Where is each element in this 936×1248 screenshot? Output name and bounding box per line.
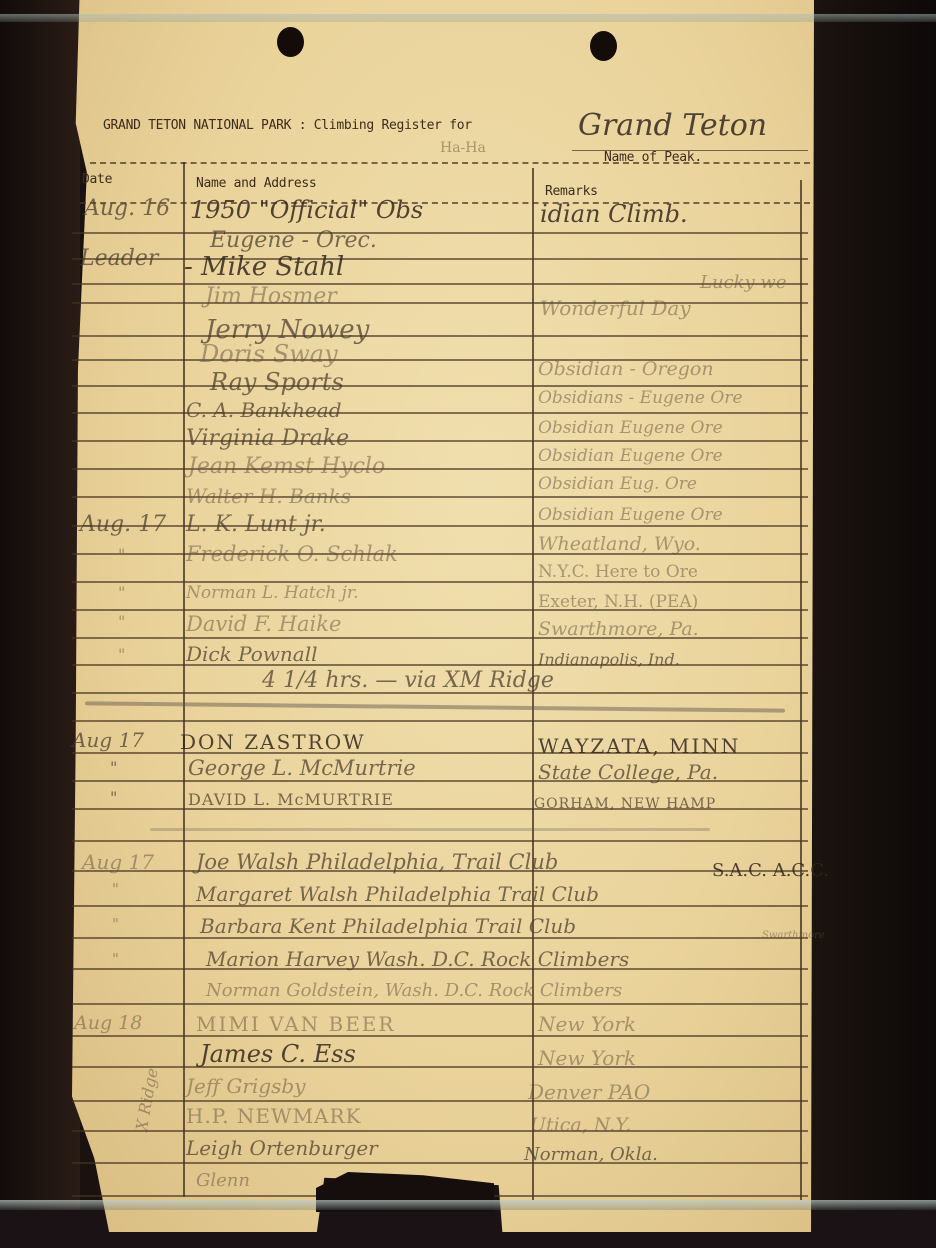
entry-remarks: Swarthmore [762, 930, 825, 941]
entry-name: Leigh Ortenburger [186, 1136, 378, 1160]
entry-name: Norman L. Hatch jr. [186, 583, 359, 603]
entry-remarks: Obsidian Eugene Ore [538, 446, 723, 466]
entry-remarks: idian Climb. [540, 200, 688, 228]
entry-remarks: Obsidians - Eugene Ore [538, 388, 743, 408]
entry-remarks: New York [538, 1012, 636, 1036]
row-rule [72, 1130, 808, 1132]
printed-title: GRAND TETON NATIONAL PARK : Climbing Reg… [103, 118, 472, 133]
entry-date: Aug 17 [82, 850, 154, 874]
entry-date: " [110, 758, 117, 777]
row-rule [72, 335, 808, 337]
entry-date: " [112, 950, 119, 968]
entry-remarks: Denver PAO [528, 1080, 650, 1104]
scribble-separator [150, 828, 710, 831]
column-divider-right [800, 180, 802, 1200]
background-left [0, 0, 80, 1248]
entry-name: Virginia Drake [186, 426, 349, 451]
entry-remarks: Wonderful Day [540, 296, 691, 320]
row-rule [72, 720, 808, 722]
entry-date: Aug 17 [72, 728, 144, 752]
entry-remarks: S.A.C. A.C.C. [712, 860, 829, 881]
row-rule [72, 258, 808, 260]
entry-name: C. A. Bankhead [186, 398, 342, 422]
entry-date: " [118, 612, 125, 631]
entry-name: Ray Sports [210, 368, 344, 396]
entry-name: Marion Harvey Wash. D.C. Rock Climbers [206, 947, 629, 971]
column-date-label: Date [82, 172, 112, 187]
row-rule [72, 302, 808, 304]
entry-name: - Mike Stahl [184, 252, 344, 282]
entry-date: Aug. 17 [80, 512, 166, 537]
row-rule [72, 412, 808, 414]
entry-name: Jeff Grigsby [186, 1074, 305, 1098]
annotation-haha: Ha-Ha [440, 140, 486, 156]
entry-name: Frederick O. Schlak [186, 542, 398, 566]
entry-name: Dick Pownall [186, 642, 318, 666]
entry-name: Joe Walsh Philadelphia, Trail Club [196, 850, 558, 874]
row-rule [72, 525, 808, 527]
entry-date: " [112, 915, 119, 933]
entry-remarks: Obsidian Eug. Ore [538, 474, 697, 494]
entry-date: " [110, 788, 117, 807]
entry-date: " [112, 880, 119, 898]
entry-name: DAVID L. McMURTRIE [188, 790, 394, 809]
entry-remarks: Obsidian Eugene Ore [538, 418, 723, 438]
entry-remarks: State College, Pa. [538, 760, 718, 784]
row-rule [72, 468, 808, 470]
glass-edge-top [0, 14, 936, 22]
punch-hole-right [590, 31, 617, 61]
row-rule [72, 1100, 808, 1102]
row-rule [72, 840, 808, 842]
entry-remarks: Obsidian Eugene Ore [538, 505, 723, 525]
entry-remarks: Exeter, N.H. (PEA) [538, 592, 698, 612]
punch-hole-left [277, 27, 304, 57]
entry-name: DON ZASTROW [180, 730, 366, 754]
entry-remarks: Utica, N.Y. [530, 1114, 631, 1136]
row-rule [72, 1162, 808, 1164]
entry-remarks: New York [538, 1046, 636, 1070]
entry-date: Aug 18 [74, 1012, 142, 1034]
row-rule [72, 1035, 808, 1037]
row-rule [72, 440, 808, 442]
entry-date: " [118, 545, 125, 564]
row-rule [72, 664, 808, 666]
entry-name: Doris Sway [200, 340, 338, 368]
peak-name: Grand Teton [578, 108, 767, 143]
column-divider-date [183, 162, 185, 1197]
entry-date: " [118, 645, 125, 664]
glass-edge-bottom [0, 1200, 936, 1210]
entry-name: H.P. NEWMARK [186, 1104, 362, 1128]
row-rule [72, 283, 808, 285]
entry-name: 4 1/4 hrs. — via XM Ridge [262, 668, 554, 693]
entry-name: Margaret Walsh Philadelphia Trail Club [196, 882, 599, 906]
entry-name: Jean Kemst Hyclo [188, 454, 385, 479]
entry-remarks: N.Y.C. Here to Ore [538, 562, 698, 582]
background-right [806, 0, 936, 1248]
column-name-label: Name and Address [196, 176, 316, 191]
entry-remarks: Norman, Okla. [524, 1144, 658, 1165]
header-rule-top [90, 162, 810, 164]
entry-name: 1950 "Official" Obs [190, 196, 423, 224]
entry-remarks: Indianapolis, Ind. [538, 650, 680, 669]
entry-name: Walter H. Banks [186, 484, 351, 508]
entry-remarks: GORHAM, NEW HAMP [534, 796, 716, 812]
entry-date: " [118, 583, 125, 602]
row-rule [72, 496, 808, 498]
entry-name: L. K. Lunt jr. [186, 512, 326, 537]
entry-remarks: Swarthmore, Pa. [538, 618, 699, 640]
entry-remarks: Obsidian - Oregon [538, 358, 714, 380]
column-remarks-label: Remarks [545, 184, 598, 199]
entry-name: Eugene - Orec. [210, 228, 377, 253]
row-rule [72, 1003, 808, 1005]
entry-date: Leader [80, 246, 158, 271]
entry-name: David F. Haike [186, 612, 341, 636]
entry-name: Barbara Kent Philadelphia Trail Club [200, 914, 576, 938]
entry-name: MIMI VAN BEER [196, 1012, 395, 1036]
entry-name: Glenn [196, 1170, 250, 1191]
entry-name: James C. Ess [200, 1040, 356, 1068]
entry-date: Aug. 16 [84, 196, 170, 221]
row-rule [72, 1066, 808, 1068]
entry-remarks: Wheatland, Wyo. [538, 533, 701, 555]
entry-name: George L. McMurtrie [188, 756, 416, 780]
entry-name: Norman Goldstein, Wash. D.C. Rock Climbe… [206, 980, 622, 1001]
row-rule [72, 232, 808, 234]
entry-remarks: WAYZATA, MINN [538, 734, 740, 758]
entry-remarks: Lucky we [700, 272, 786, 293]
entry-name: Jim Hosmer [205, 284, 337, 309]
row-rule [72, 385, 808, 387]
